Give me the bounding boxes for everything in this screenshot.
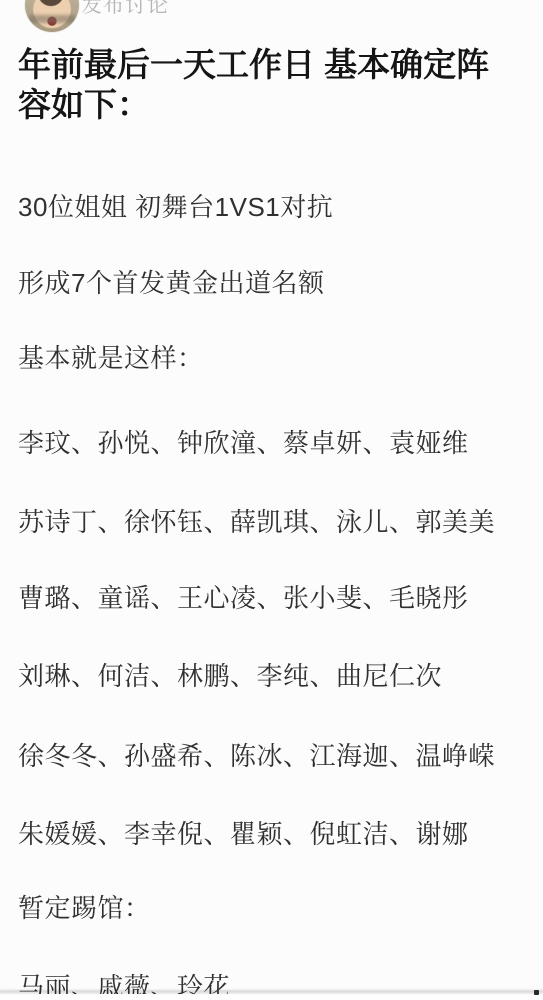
avatar-watermark: [29, 15, 75, 23]
post-paragraph-debut-slots: 形成7个首发黄金出道名额: [18, 270, 324, 296]
post-paragraph-names-row-5: 徐冬冬、孙盛希、陈冰、江海迦、温峥嵘: [18, 743, 495, 769]
post-paragraph-challengers-header: 暂定踢馆：: [18, 895, 151, 921]
publish-discussion-label: 发布讨论: [81, 0, 169, 16]
user-avatar[interactable]: [25, 0, 79, 32]
post-paragraph-basically: 基本就是这样：: [18, 345, 204, 371]
post-screen: 发布讨论 年前最后一天工作日 基本确定阵容如下： 30位姐姐 初舞台1VS1对抗…: [0, 0, 543, 1000]
bottom-edge-dot: [534, 990, 539, 995]
post-paragraph-names-row-4: 刘琳、何洁、林鹏、李纯、曲尼仁次: [18, 663, 442, 689]
bottom-edge-divider: [0, 989, 543, 994]
post-paragraph-lineup-intro: 30位姐姐 初舞台1VS1对抗: [18, 194, 333, 220]
post-paragraph-names-row-3: 曹璐、童谣、王心凌、张小斐、毛晓彤: [18, 585, 469, 611]
post-paragraph-names-row-2: 苏诗丁、徐怀钰、薛凯琪、泳儿、郭美美: [18, 509, 495, 535]
post-title: 年前最后一天工作日 基本确定阵容如下：: [18, 45, 514, 125]
post-paragraph-names-row-6: 朱媛媛、李幸倪、瞿颖、倪虹洁、谢娜: [18, 821, 469, 847]
bottom-edge-strip: [0, 994, 543, 1000]
post-paragraph-names-row-1: 李玟、孙悦、钟欣潼、蔡卓妍、袁娅维: [18, 430, 469, 456]
